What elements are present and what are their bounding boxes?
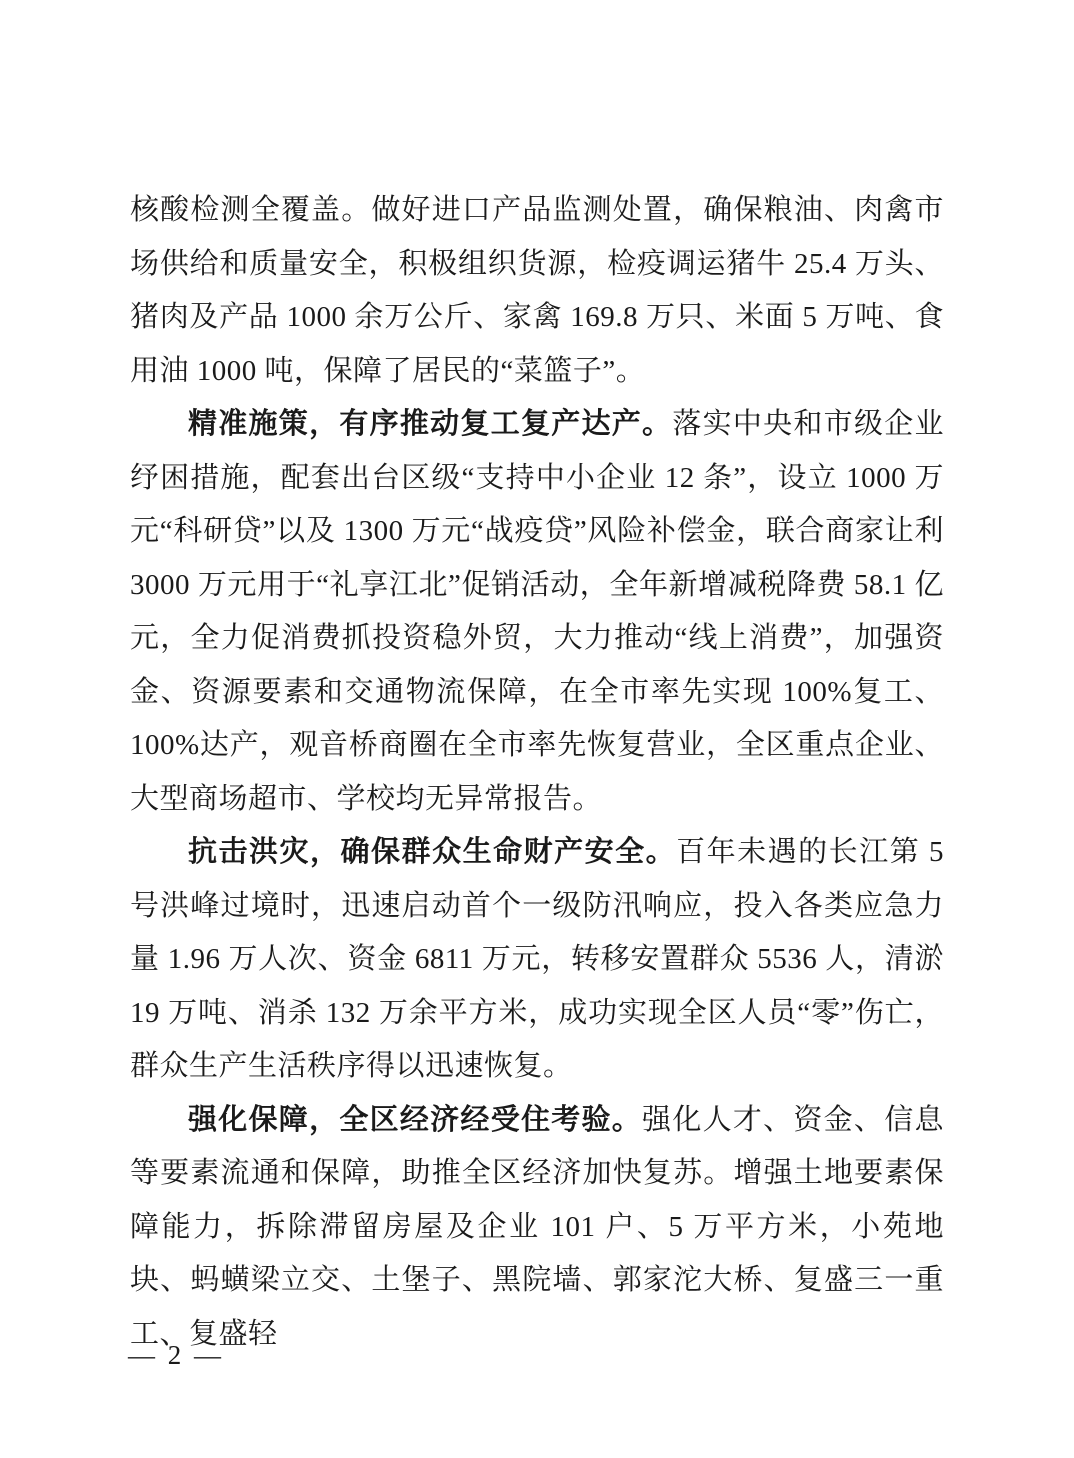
- paragraph: 精准施策，有序推动复工复产达产。落实中央和市级企业纾困措施，配套出台区级“支持中…: [130, 398, 944, 826]
- paragraph-lead: 强化保障，全区经济经受住考验。: [188, 1104, 642, 1136]
- paragraph: 核酸检测全覆盖。做好进口产品监测处置，确保粮油、肉禽市场供给和质量安全，积极组织…: [130, 184, 944, 398]
- paragraph: 强化保障，全区经济经受住考验。强化人才、资金、信息等要素流通和保障，助推全区经济…: [130, 1094, 944, 1362]
- paragraph-lead: 抗击洪灾，确保群众生命财产安全。: [188, 836, 676, 868]
- paragraph-body: 强化人才、资金、信息等要素流通和保障，助推全区经济加快复苏。增强土地要素保障能力…: [130, 1104, 944, 1350]
- paragraph-body: 百年未遇的长江第 5 号洪峰过境时，迅速启动首个一级防汛响应，投入各类应急力量 …: [130, 836, 944, 1082]
- paragraph-body: 落实中央和市级企业纾困措施，配套出台区级“支持中小企业 12 条”，设立 100…: [130, 408, 944, 815]
- paragraph-body: 核酸检测全覆盖。做好进口产品监测处置，确保粮油、肉禽市场供给和质量安全，积极组织…: [130, 194, 944, 387]
- paragraph-lead: 精准施策，有序推动复工复产达产。: [188, 408, 672, 440]
- document-page: 核酸检测全覆盖。做好进口产品监测处置，确保粮油、肉禽市场供给和质量安全，积极组织…: [0, 0, 1074, 1458]
- page-number: — 2 —: [128, 1340, 224, 1371]
- document-body: 核酸检测全覆盖。做好进口产品监测处置，确保粮油、肉禽市场供给和质量安全，积极组织…: [130, 184, 944, 1361]
- paragraph: 抗击洪灾，确保群众生命财产安全。百年未遇的长江第 5 号洪峰过境时，迅速启动首个…: [130, 826, 944, 1094]
